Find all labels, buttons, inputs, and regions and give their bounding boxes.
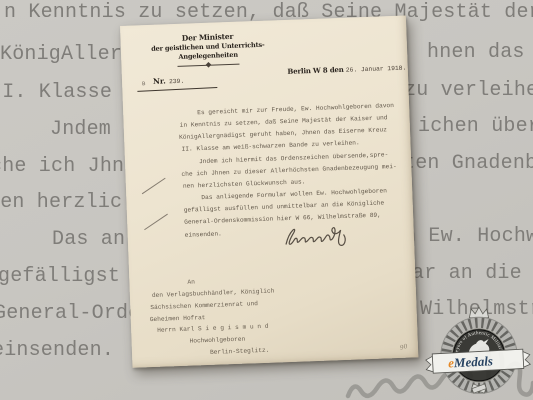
pencil-slash-mark [142, 178, 166, 195]
body-text-line: nen herzlichsten Glückwunsch aus. [183, 179, 306, 190]
address-line: Herrn Karl S i e g i s m u n d [157, 324, 269, 334]
screenshot-root: n Kenntnis zu setzen, daß Seine Majestät… [0, 0, 533, 400]
emedals-brand-text: eMedals [448, 353, 494, 370]
dateline: Berlin W 8 den 26. Januar 1918. [260, 39, 407, 98]
body-text-line: II. Klasse am weiß-schwarzen Bande zu ve… [181, 140, 359, 153]
corner-pencil-note: 90 [399, 343, 408, 352]
emedals-watermark-badge: Purveyors of Authentic Militaria eMedals [424, 305, 532, 397]
address-line: Sächsischen Kommerzienrat und [150, 301, 258, 311]
pencil-slash-mark [144, 214, 168, 231]
address-line: Hochwohlgeboren [190, 337, 246, 345]
address-line: Geheimen Hofrat [150, 315, 206, 323]
address-line: den Verlagsbuchhändler, Königlich [152, 289, 275, 300]
dateline-typed: 26. Januar 1918. [346, 65, 407, 74]
body-text-line: einsenden. [185, 231, 222, 239]
letter-document: Der Minister der geistlichen und Unterri… [120, 16, 418, 368]
diamond-ornament-icon [206, 62, 212, 68]
signature-schmidt-handwriting [277, 222, 356, 253]
ref-number: 239. [169, 78, 184, 86]
ref-prefix: B [142, 80, 146, 87]
address-line: An [187, 279, 195, 285]
letterhead: Der Minister der geistlichen und Unterri… [146, 31, 269, 68]
brand-medals: Medals [453, 353, 494, 370]
dateline-printed: Berlin W 8 den [287, 65, 346, 76]
body-text-line: che ich Jhnen zu dieser Allerhöchsten Gn… [181, 164, 396, 178]
ref-underline [137, 87, 217, 92]
address-line: Berlin-Steglitz. [210, 348, 270, 356]
ref-label: Nr. [153, 76, 166, 85]
ornament-rule [178, 64, 240, 67]
